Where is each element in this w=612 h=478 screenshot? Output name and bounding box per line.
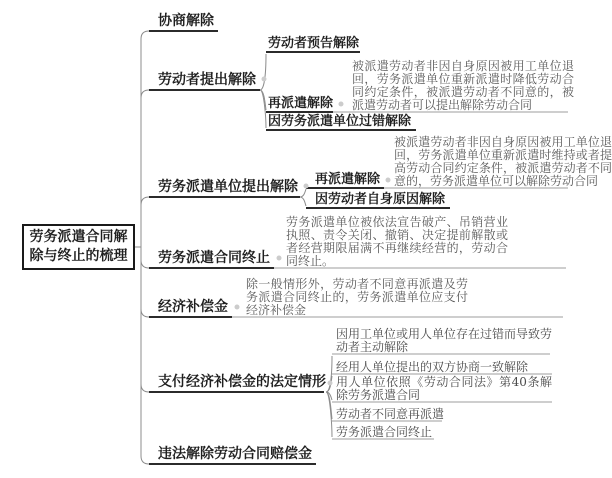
branch-agency-initiated-termination[interactable]: 劳务派遣单位提出解除: [158, 178, 298, 197]
branch-illegal-termination-damages[interactable]: 违法解除劳动合同赔偿金: [158, 445, 312, 464]
collapse-dot[interactable]: [328, 381, 333, 386]
node-article-40-termination[interactable]: 用人单位依照《劳动合同法》第40条解除劳务派遣合同: [336, 376, 552, 402]
mindmap-canvas: 劳务派遣合同解除与终止的梳理 协商解除 劳动者提出解除 劳务派遣单位提出解除 劳…: [0, 0, 612, 478]
branch-worker-initiated-termination[interactable]: 劳动者提出解除: [158, 71, 256, 90]
node-agency-fault-termination[interactable]: 因劳务派遣单位过错解除: [268, 113, 411, 130]
branch-negotiated-termination[interactable]: 协商解除: [158, 12, 214, 31]
trunk-connectors: [135, 31, 149, 464]
note-dispatch-contract-end[interactable]: 劳务派遣单位被依法宣告破产、吊销营业执照、责令关闭、撤销、决定提前解散或者经营期…: [286, 216, 508, 268]
collapse-dot[interactable]: [304, 184, 309, 189]
node-employer-fault-worker-termination[interactable]: 因用工单位或用人单位存在过错而导致劳动者主动解除: [336, 328, 552, 354]
branch-economic-compensation[interactable]: 经济补偿金: [158, 298, 228, 317]
collapse-dot[interactable]: [235, 305, 240, 310]
node-worker-own-fault-termination[interactable]: 因劳动者自身原因解除: [315, 191, 445, 208]
node-redispatch-termination-by-worker[interactable]: 再派遣解除: [268, 95, 333, 112]
collapse-dot[interactable]: [277, 256, 282, 261]
collapse-dot[interactable]: [386, 178, 391, 183]
node-redispatch-termination-by-agency[interactable]: 再派遣解除: [315, 171, 380, 188]
node-worker-refuses-redispatch[interactable]: 劳动者不同意再派遣: [336, 408, 552, 421]
root-topic[interactable]: 劳务派遣合同解除与终止的梳理: [22, 224, 135, 270]
collapse-dot[interactable]: [339, 102, 344, 107]
node-dispatch-contract-end-item[interactable]: 劳务派遣合同终止: [336, 426, 552, 439]
node-mutual-agreement-termination[interactable]: 经用人单位提出的双方协商一致解除: [336, 361, 552, 374]
node-worker-notice-termination[interactable]: 劳动者预告解除: [268, 35, 359, 52]
collapse-dot[interactable]: [262, 77, 267, 82]
branch-statutory-compensation-situations[interactable]: 支付经济补偿金的法定情形: [158, 373, 326, 392]
note-economic-compensation[interactable]: 除一般情形外，劳动者不同意再派遣及劳务派遣合同终止的，劳务派遣单位应支付经济补偿…: [246, 278, 468, 317]
note-redispatch-termination-by-worker[interactable]: 被派遣劳动者非因自身原因被用工单位退回，劳务派遣单位重新派遣时降低劳动合同约定条…: [352, 60, 574, 112]
branch-dispatch-contract-end[interactable]: 劳务派遣合同终止: [158, 249, 270, 268]
note-redispatch-termination-by-agency[interactable]: 被派遣劳动者非因自身原因被用工单位退回，劳务派遣单位重新派遣时维持或者提高劳动合…: [394, 136, 612, 188]
